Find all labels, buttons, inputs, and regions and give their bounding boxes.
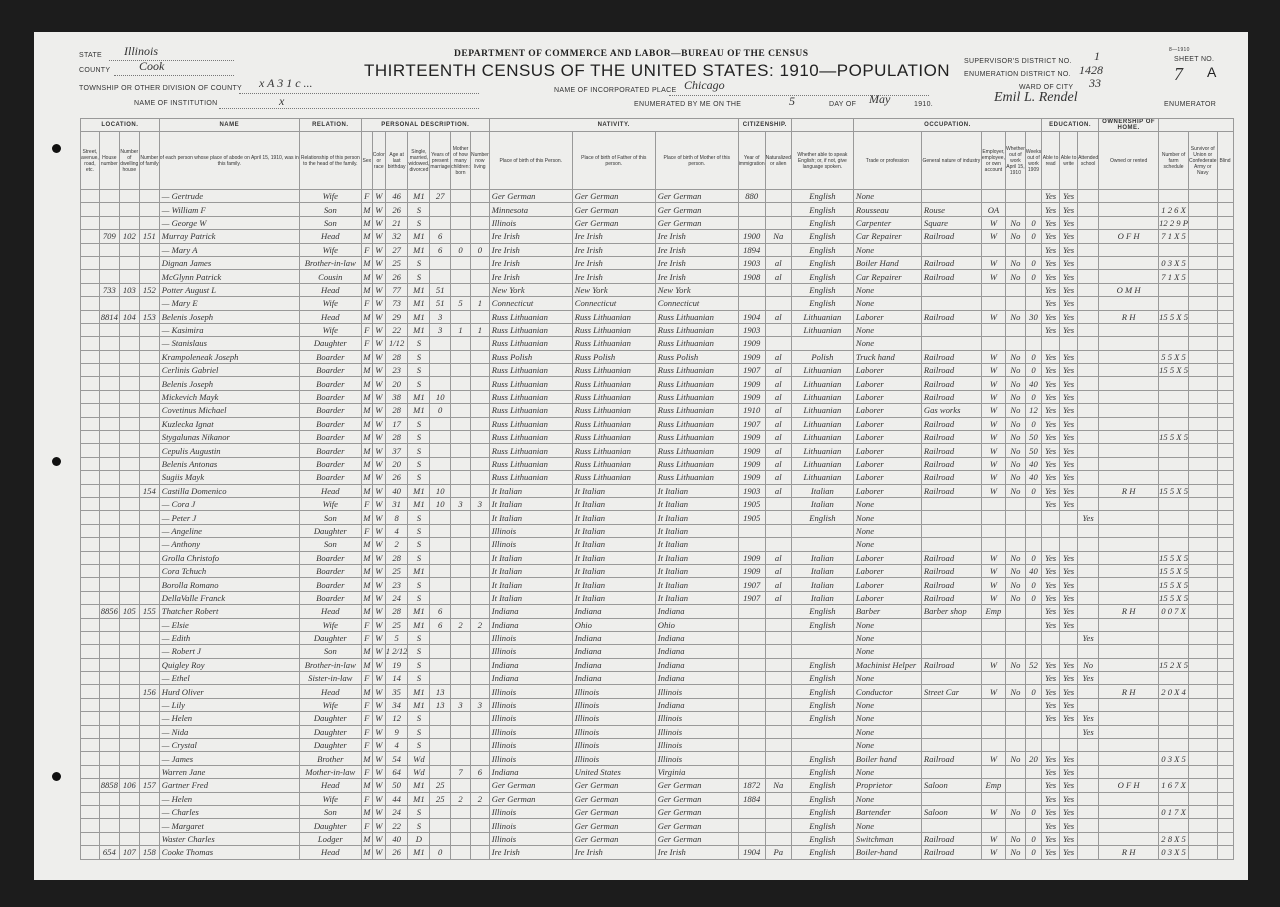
cell-out: No bbox=[1005, 216, 1025, 229]
cell-rel: Brother bbox=[299, 752, 361, 765]
cell-sex: M bbox=[361, 846, 372, 859]
cell-living bbox=[470, 658, 489, 671]
cell-house bbox=[99, 765, 119, 778]
cell-wks: 0 bbox=[1025, 591, 1041, 604]
cell-name: — Helen bbox=[159, 712, 299, 725]
cell-sch: Yes bbox=[1078, 511, 1099, 524]
cell-ms: M1 bbox=[408, 564, 430, 577]
cell-born bbox=[451, 779, 471, 792]
cell-write: Yes bbox=[1060, 323, 1078, 336]
col-industry: General nature of industry bbox=[921, 132, 981, 190]
cell-sex: M bbox=[361, 216, 372, 229]
cell-emp bbox=[981, 190, 1005, 203]
cell-empty bbox=[1217, 323, 1233, 336]
enumerator-label: Enumerator bbox=[1164, 101, 1216, 108]
cell-sch bbox=[1078, 497, 1099, 510]
cell-empty bbox=[1217, 765, 1233, 778]
cell-empty bbox=[1189, 618, 1218, 631]
cell-rel: Boarder bbox=[299, 551, 361, 564]
cell-ms: M1 bbox=[408, 243, 430, 256]
cell-pob: Russ Lithuanian bbox=[489, 417, 572, 430]
cell-name: — Nida bbox=[159, 725, 299, 738]
cell-empty bbox=[1217, 672, 1233, 685]
supervisor-value: 1 bbox=[1094, 49, 1100, 64]
cell-nat: Na bbox=[765, 779, 791, 792]
cell-pobf: Illinois bbox=[572, 712, 655, 725]
cell-lang: English bbox=[791, 270, 853, 283]
cell-name: Murray Patrick bbox=[159, 230, 299, 243]
cell-own bbox=[1099, 203, 1159, 216]
cell-house bbox=[99, 337, 119, 350]
cell-sex: F bbox=[361, 819, 372, 832]
sheet-number: 7 bbox=[1174, 64, 1183, 85]
cell-wks: 0 bbox=[1025, 350, 1041, 363]
cell-codes: 15 5 X 5 bbox=[1159, 310, 1189, 323]
cell-house bbox=[99, 672, 119, 685]
cell-codes: 1 6 7 X bbox=[1159, 779, 1189, 792]
cell-own bbox=[1099, 765, 1159, 778]
cell-emp bbox=[981, 297, 1005, 310]
cell-living bbox=[470, 672, 489, 685]
cell-out: No bbox=[1005, 846, 1025, 859]
cell-pob: Indiana bbox=[489, 672, 572, 685]
cell-out bbox=[1005, 337, 1025, 350]
cell-emp bbox=[981, 511, 1005, 524]
cell-living: 3 bbox=[470, 698, 489, 711]
cell-race: W bbox=[372, 752, 385, 765]
cell-read: Yes bbox=[1042, 551, 1060, 564]
cell-ms: S bbox=[408, 216, 430, 229]
cell-pobf: Indiana bbox=[572, 672, 655, 685]
cell-trade: None bbox=[853, 511, 921, 524]
cell-nat bbox=[765, 497, 791, 510]
cell-house bbox=[99, 658, 119, 671]
cell-fam bbox=[139, 444, 159, 457]
cell-sex: F bbox=[361, 631, 372, 644]
cell-lang: English bbox=[791, 698, 853, 711]
cell-name: — Stanislaus bbox=[159, 337, 299, 350]
cell-rel: Brother-in-law bbox=[299, 658, 361, 671]
cell-trade: Car Repairer bbox=[853, 230, 921, 243]
cell-imm bbox=[738, 203, 765, 216]
cell-born bbox=[451, 310, 471, 323]
cell-empty bbox=[1189, 377, 1218, 390]
cell-fam bbox=[139, 256, 159, 269]
cell-rel: Boarder bbox=[299, 390, 361, 403]
cell-emp: W bbox=[981, 457, 1005, 470]
cell-lang bbox=[791, 538, 853, 551]
cell-wks bbox=[1025, 765, 1041, 778]
cell-pob: Indiana bbox=[489, 605, 572, 618]
cell-race: W bbox=[372, 216, 385, 229]
place-label: Name of incorporated place bbox=[554, 87, 676, 94]
cell-pobm: Russ Lithuanian bbox=[655, 417, 738, 430]
cell-sch bbox=[1078, 203, 1099, 216]
cell-house bbox=[99, 725, 119, 738]
cell-rel: Brother-in-law bbox=[299, 256, 361, 269]
cell-sex: F bbox=[361, 618, 372, 631]
cell-pob: Illinois bbox=[489, 685, 572, 698]
cell-empty bbox=[1189, 457, 1218, 470]
cell-ind: Saloon bbox=[921, 779, 981, 792]
cell-empty bbox=[1217, 417, 1233, 430]
cell-empty bbox=[1189, 390, 1218, 403]
cell-house bbox=[99, 805, 119, 818]
cell-ind: Railroad bbox=[921, 310, 981, 323]
cell-living: 0 bbox=[470, 243, 489, 256]
cell-sex: M bbox=[361, 471, 372, 484]
cell-pob: Russ Lithuanian bbox=[489, 310, 572, 323]
cell-empty bbox=[1189, 484, 1218, 497]
cell-read: Yes bbox=[1042, 698, 1060, 711]
cell-rel: Son bbox=[299, 805, 361, 818]
cell-read: Yes bbox=[1042, 832, 1060, 845]
cell-race: W bbox=[372, 457, 385, 470]
cell-lang: Polish bbox=[791, 350, 853, 363]
cell-out: No bbox=[1005, 685, 1025, 698]
cell-read bbox=[1042, 538, 1060, 551]
month-value: May bbox=[869, 92, 890, 107]
cell-ind bbox=[921, 497, 981, 510]
cell-ind bbox=[921, 765, 981, 778]
cell-living bbox=[470, 846, 489, 859]
cell-sex: M bbox=[361, 310, 372, 323]
cell-nat bbox=[765, 725, 791, 738]
cell-name: — Ethel bbox=[159, 672, 299, 685]
cell-empty bbox=[1189, 444, 1218, 457]
cell-yrs bbox=[430, 377, 451, 390]
cell-wks bbox=[1025, 190, 1041, 203]
cell-pobf: Ger German bbox=[572, 203, 655, 216]
cell-race: W bbox=[372, 297, 385, 310]
cell-trade: Laborer bbox=[853, 310, 921, 323]
cell-emp bbox=[981, 243, 1005, 256]
cell-empty bbox=[1217, 578, 1233, 591]
cell-rel: Daughter bbox=[299, 524, 361, 537]
cell-dwell bbox=[119, 792, 139, 805]
cell-rel: Head bbox=[299, 230, 361, 243]
department-heading: DEPARTMENT OF COMMERCE AND LABOR—BUREAU … bbox=[454, 49, 809, 59]
cell-nat bbox=[765, 538, 791, 551]
cell-nat bbox=[765, 618, 791, 631]
cell-name: Covetinus Michael bbox=[159, 404, 299, 417]
cell-fam bbox=[139, 712, 159, 725]
cell-codes bbox=[1159, 390, 1189, 403]
col-employer: Employer, employee, or own account bbox=[981, 132, 1005, 190]
cell-imm: 1903 bbox=[738, 323, 765, 336]
cell-empty bbox=[1217, 431, 1233, 444]
cell-yrs: 0 bbox=[430, 404, 451, 417]
cell-write: Yes bbox=[1060, 417, 1078, 430]
cell-ms: S bbox=[408, 819, 430, 832]
cell-empty bbox=[1217, 725, 1233, 738]
cell-age: 28 bbox=[385, 350, 408, 363]
cell-read: Yes bbox=[1042, 404, 1060, 417]
cell-ind bbox=[921, 511, 981, 524]
cell-out bbox=[1005, 765, 1025, 778]
cell-pobm: Illinois bbox=[655, 752, 738, 765]
cell-ms: M1 bbox=[408, 605, 430, 618]
cell-sch bbox=[1078, 685, 1099, 698]
cell-fam bbox=[139, 672, 159, 685]
cell-nat bbox=[765, 658, 791, 671]
cell-pobm: Russ Lithuanian bbox=[655, 431, 738, 444]
cell-name: Cora Tchuch bbox=[159, 564, 299, 577]
cell-nat bbox=[765, 203, 791, 216]
cell-write: Yes bbox=[1060, 457, 1078, 470]
cell-empty bbox=[81, 725, 100, 738]
cell-wks: 30 bbox=[1025, 310, 1041, 323]
cell-nat: Na bbox=[765, 230, 791, 243]
cell-sex: M bbox=[361, 350, 372, 363]
cell-pob: Illinois bbox=[489, 739, 572, 752]
cell-ind: Railroad bbox=[921, 390, 981, 403]
cell-nat bbox=[765, 805, 791, 818]
cell-pobm: Ire Irish bbox=[655, 243, 738, 256]
cell-pob: Illinois bbox=[489, 645, 572, 658]
cell-born bbox=[451, 431, 471, 444]
cell-ms: S bbox=[408, 364, 430, 377]
cell-dwell bbox=[119, 297, 139, 310]
cell-out bbox=[1005, 511, 1025, 524]
cell-house bbox=[99, 752, 119, 765]
cell-sex: M bbox=[361, 645, 372, 658]
cell-born bbox=[451, 819, 471, 832]
cell-empty bbox=[81, 471, 100, 484]
cell-born bbox=[451, 712, 471, 725]
cell-living: 1 bbox=[470, 297, 489, 310]
cell-sch bbox=[1078, 538, 1099, 551]
cell-race: W bbox=[372, 190, 385, 203]
cell-own bbox=[1099, 256, 1159, 269]
cell-empty bbox=[1217, 779, 1233, 792]
sheet-side: A bbox=[1207, 64, 1216, 80]
cell-pob: Illinois bbox=[489, 631, 572, 644]
cell-pobm: It Italian bbox=[655, 524, 738, 537]
cell-write: Yes bbox=[1060, 350, 1078, 363]
cell-wks: 40 bbox=[1025, 471, 1041, 484]
punch-hole bbox=[52, 772, 61, 781]
cell-age: 1 2/12 bbox=[385, 645, 408, 658]
cell-wks: 0 bbox=[1025, 846, 1041, 859]
cell-pobm: It Italian bbox=[655, 591, 738, 604]
cell-pobf: Russ Lithuanian bbox=[572, 377, 655, 390]
cell-race: W bbox=[372, 698, 385, 711]
cell-read: Yes bbox=[1042, 658, 1060, 671]
cell-empty bbox=[1189, 538, 1218, 551]
cell-fam bbox=[139, 645, 159, 658]
cell-dwell bbox=[119, 819, 139, 832]
cell-out: No bbox=[1005, 417, 1025, 430]
table-row: Grolla ChristofoBoarderMW28SIt ItalianIt… bbox=[81, 551, 1234, 564]
cell-yrs: 6 bbox=[430, 230, 451, 243]
cell-empty bbox=[1189, 792, 1218, 805]
cell-fam: 152 bbox=[139, 283, 159, 296]
cell-pobf: Russ Lithuanian bbox=[572, 471, 655, 484]
cell-ms: S bbox=[408, 645, 430, 658]
cell-sch: Yes bbox=[1078, 631, 1099, 644]
cell-age: 54 bbox=[385, 752, 408, 765]
cell-house bbox=[99, 564, 119, 577]
cell-yrs bbox=[430, 538, 451, 551]
cell-pobm: Ger German bbox=[655, 216, 738, 229]
cell-imm bbox=[738, 765, 765, 778]
cell-born bbox=[451, 404, 471, 417]
cell-rel: Sister-in-law bbox=[299, 672, 361, 685]
cell-born bbox=[451, 739, 471, 752]
cell-own bbox=[1099, 417, 1159, 430]
cell-write: Yes bbox=[1060, 444, 1078, 457]
cell-living bbox=[470, 739, 489, 752]
cell-empty bbox=[1189, 578, 1218, 591]
cell-sch bbox=[1078, 256, 1099, 269]
cell-empty bbox=[81, 323, 100, 336]
col-name: of each person whose place of abode on A… bbox=[159, 132, 299, 190]
table-row: — Cora JWifeFW31M11033It ItalianIt Itali… bbox=[81, 497, 1234, 510]
cell-out bbox=[1005, 243, 1025, 256]
cell-dwell bbox=[119, 270, 139, 283]
cell-empty bbox=[81, 310, 100, 323]
cell-house bbox=[99, 591, 119, 604]
cell-codes bbox=[1159, 538, 1189, 551]
cell-trade: None bbox=[853, 739, 921, 752]
column-header-row: Street, avenue, road, etc. House number … bbox=[81, 132, 1234, 190]
cell-age: 24 bbox=[385, 591, 408, 604]
cell-ms: S bbox=[408, 551, 430, 564]
cell-sch bbox=[1078, 779, 1099, 792]
cell-imm: 1907 bbox=[738, 591, 765, 604]
cell-empty bbox=[81, 805, 100, 818]
cell-read: Yes bbox=[1042, 605, 1060, 618]
cell-living bbox=[470, 524, 489, 537]
cell-ms: M1 bbox=[408, 779, 430, 792]
cell-pobf: Ger German bbox=[572, 779, 655, 792]
cell-ind: Railroad bbox=[921, 484, 981, 497]
cell-read: Yes bbox=[1042, 712, 1060, 725]
cell-empty bbox=[1189, 564, 1218, 577]
cell-write: Yes bbox=[1060, 190, 1078, 203]
cell-own bbox=[1099, 404, 1159, 417]
cell-name: — Elsie bbox=[159, 618, 299, 631]
table-row: Cora TchuchBoarderMW25M1It ItalianIt Ita… bbox=[81, 564, 1234, 577]
cell-ms: S bbox=[408, 444, 430, 457]
cell-fam bbox=[139, 658, 159, 671]
cell-born bbox=[451, 645, 471, 658]
table-row: — EthelSister-in-lawFW14SIndianaIndianaI… bbox=[81, 672, 1234, 685]
cell-write bbox=[1060, 337, 1078, 350]
cell-pobm: Connecticut bbox=[655, 297, 738, 310]
cell-yrs bbox=[430, 819, 451, 832]
cell-wks: 40 bbox=[1025, 377, 1041, 390]
cell-empty bbox=[1217, 350, 1233, 363]
cell-house bbox=[99, 631, 119, 644]
cell-sch bbox=[1078, 605, 1099, 618]
cell-ind bbox=[921, 739, 981, 752]
cell-dwell bbox=[119, 631, 139, 644]
cell-pob: Ire Irish bbox=[489, 243, 572, 256]
cell-nat: al bbox=[765, 484, 791, 497]
cell-write: Yes bbox=[1060, 431, 1078, 444]
cell-sex: M bbox=[361, 431, 372, 444]
cell-sch bbox=[1078, 698, 1099, 711]
cell-codes bbox=[1159, 792, 1189, 805]
cell-pob: Illinois bbox=[489, 698, 572, 711]
cell-nat bbox=[765, 765, 791, 778]
cell-sex: F bbox=[361, 323, 372, 336]
cell-empty bbox=[1189, 698, 1218, 711]
cell-empty bbox=[1189, 672, 1218, 685]
cell-empty bbox=[1189, 805, 1218, 818]
cell-trade: Laborer bbox=[853, 431, 921, 444]
cell-dwell bbox=[119, 564, 139, 577]
table-row: — EdithDaughterFW5SIllinoisIndianaIndian… bbox=[81, 631, 1234, 644]
cell-pob: Illinois bbox=[489, 538, 572, 551]
cell-age: 20 bbox=[385, 377, 408, 390]
cell-rel: Lodger bbox=[299, 832, 361, 845]
cell-sex: M bbox=[361, 444, 372, 457]
cell-write: Yes bbox=[1060, 390, 1078, 403]
cell-imm: 880 bbox=[738, 190, 765, 203]
cell-name: Thatcher Robert bbox=[159, 605, 299, 618]
cell-codes bbox=[1159, 471, 1189, 484]
cell-pobm: Russ Lithuanian bbox=[655, 457, 738, 470]
cell-write: Yes bbox=[1060, 846, 1078, 859]
cell-house bbox=[99, 524, 119, 537]
cell-rel: Son bbox=[299, 216, 361, 229]
cell-emp: W bbox=[981, 551, 1005, 564]
col-children-born: Mother of how many children: born bbox=[451, 132, 471, 190]
cell-sch bbox=[1078, 323, 1099, 336]
cell-empty bbox=[1217, 457, 1233, 470]
cell-own bbox=[1099, 243, 1159, 256]
cell-yrs bbox=[430, 417, 451, 430]
cell-out bbox=[1005, 739, 1025, 752]
cell-own bbox=[1099, 645, 1159, 658]
cell-age: 12 bbox=[385, 712, 408, 725]
cell-empty bbox=[1217, 297, 1233, 310]
cell-house bbox=[99, 685, 119, 698]
cell-name: Mickevich Mayk bbox=[159, 390, 299, 403]
cell-dwell bbox=[119, 805, 139, 818]
cell-lang: English bbox=[791, 283, 853, 296]
cell-emp: W bbox=[981, 591, 1005, 604]
cell-empty bbox=[81, 618, 100, 631]
col-relation: Relationship of this person to the head … bbox=[299, 132, 361, 190]
cell-lang: English bbox=[791, 256, 853, 269]
cell-name: Belenis Antonas bbox=[159, 457, 299, 470]
cell-read: Yes bbox=[1042, 685, 1060, 698]
cell-lang: English bbox=[791, 792, 853, 805]
cell-living bbox=[470, 712, 489, 725]
cell-empty bbox=[81, 658, 100, 671]
table-row: 154Castilla DomenicoHeadMW40M110It Itali… bbox=[81, 484, 1234, 497]
cell-empty bbox=[1189, 779, 1218, 792]
cell-trade: Conductor bbox=[853, 685, 921, 698]
cell-nat: al bbox=[765, 404, 791, 417]
cell-codes: 7 1 X 5 bbox=[1159, 270, 1189, 283]
cell-age: 9 bbox=[385, 725, 408, 738]
cell-born bbox=[451, 337, 471, 350]
cell-yrs: 0 bbox=[430, 846, 451, 859]
cell-wks: 0 bbox=[1025, 805, 1041, 818]
cell-codes: 0 3 X 5 bbox=[1159, 752, 1189, 765]
cell-fam: 158 bbox=[139, 846, 159, 859]
cell-trade: Laborer bbox=[853, 551, 921, 564]
cell-trade: None bbox=[853, 243, 921, 256]
cell-write: Yes bbox=[1060, 270, 1078, 283]
cell-pobm: Illinois bbox=[655, 712, 738, 725]
cell-pob: Indiana bbox=[489, 658, 572, 671]
